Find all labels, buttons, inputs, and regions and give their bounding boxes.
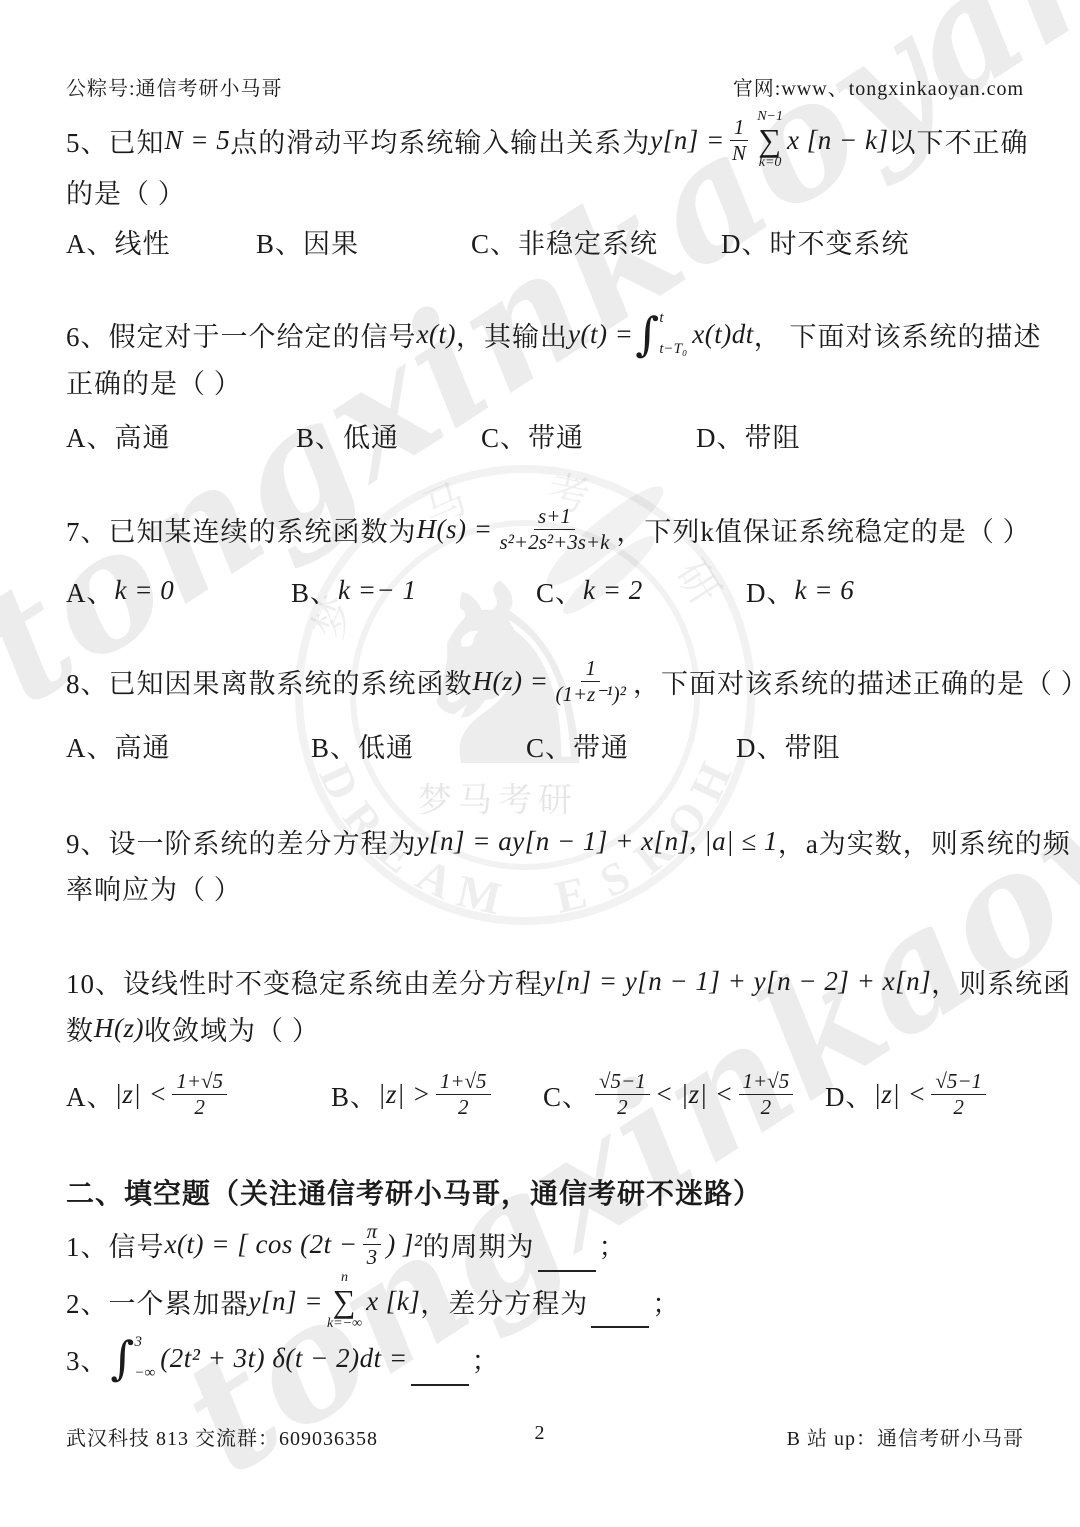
q7-math: H(s) = xyxy=(417,514,493,545)
option-label: A、 xyxy=(66,1075,115,1114)
f2-text: 2、一个累加器 xyxy=(66,1282,249,1321)
section-2-title: 二、填空题（关注通信考研小马哥，通信考研不迷路） xyxy=(66,1172,1024,1212)
option-label: B、 xyxy=(331,1075,378,1114)
option-label: D、 xyxy=(825,1075,874,1114)
option-b: B、|z| > 1+√52 xyxy=(331,1069,543,1118)
option-c: C、k = 2 xyxy=(536,571,746,610)
option-math: < |z| < xyxy=(655,1079,734,1110)
option-math: k = 0 xyxy=(115,575,175,606)
option-label: C、 xyxy=(543,1075,590,1114)
option-a: A、高通 xyxy=(66,726,311,765)
question-10-line-1: 10、设线性时不变稳定系统由差分方程y[n] = y[n − 1] + y[n … xyxy=(66,962,1024,1001)
option-c: C、带通 xyxy=(481,416,696,455)
q8-text: 8、已知因果离散系统的系统函数 xyxy=(66,662,473,701)
integral-lower-limit: −∞ xyxy=(134,1365,155,1382)
answer-blank xyxy=(411,1362,469,1386)
q5-math: N = 5 xyxy=(165,125,231,156)
fraction: 1+√52 xyxy=(172,1069,227,1118)
fraction-denominator: 2 xyxy=(615,1095,630,1119)
option-c: C、 √5−12 < |z| < 1+√52 xyxy=(543,1069,825,1118)
footer-right-row: B 站 up：通信考研小马哥 xyxy=(66,1422,1024,1451)
option-math: |z| < xyxy=(115,1079,168,1110)
header-website-label: 官网:www、tongxinkaoyan.com xyxy=(733,72,1024,101)
option-b: B、低通 xyxy=(296,416,481,455)
option-label: D、 xyxy=(746,571,795,610)
option-d: D、时不变系统 xyxy=(721,222,910,261)
fraction-denominator: 2 xyxy=(456,1095,471,1119)
f2-math: x [k] xyxy=(366,1286,420,1317)
header-account-label: 公粽号:通信考研小马哥 xyxy=(66,72,283,101)
f1-text: 的周期为 xyxy=(423,1225,535,1264)
q5-text: 点的滑动平均系统输入输出关系为 xyxy=(230,121,650,160)
fraction-numerator: π xyxy=(363,1219,382,1244)
fraction: 1+√52 xyxy=(436,1069,491,1118)
q9-text: 率响应为（ ） xyxy=(66,868,242,907)
f1-math: ) ]² xyxy=(386,1229,422,1260)
q9-math: y[n] = ay[n − 1] + x[n], |a| ≤ 1 xyxy=(417,826,778,857)
fraction-denominator: 2 xyxy=(759,1095,774,1119)
option-a: A、k = 0 xyxy=(66,571,291,610)
q6-text: ， 下面对该系统的描述 xyxy=(754,315,1042,354)
answer-blank xyxy=(538,1248,596,1272)
option-label: A、 xyxy=(66,571,115,610)
integral: ∫3−∞ xyxy=(111,1334,159,1382)
fraction: √5−12 xyxy=(595,1069,650,1118)
seal-script-text: 梦马考研 xyxy=(418,773,578,822)
fraction-denominator: s²+2s²+3s+k xyxy=(497,530,611,554)
q9-text: 9、设一阶系统的差分方程为 xyxy=(66,822,417,861)
option-math: k = 6 xyxy=(795,575,855,606)
q10-math: y[n] = y[n − 1] + y[n − 2] + x[n] xyxy=(543,966,931,997)
question-7-options: A、k = 0 B、k =− 1 C、k = 2 D、k = 6 xyxy=(66,571,1024,610)
integral-upper-limit: t xyxy=(659,310,687,327)
q5-text: 以下不正确 xyxy=(888,121,1028,160)
section-2-title-text: 二、填空题（关注通信考研小马哥，通信考研不迷路） xyxy=(66,1172,762,1212)
option-d: D、|z| < √5−12 xyxy=(825,1069,991,1118)
fraction-numerator: √5−1 xyxy=(595,1069,650,1094)
q10-text: ，则系统函 xyxy=(931,962,1071,1001)
fill-in-2: 2、一个累加器y[n] = n∑k=−∞ x [k]，差分方程为 ； xyxy=(66,1274,1024,1328)
q10-text: 10、设线性时不变稳定系统由差分方程 xyxy=(66,962,543,1001)
option-math: k = 2 xyxy=(583,575,643,606)
fraction-numerator: 1+√5 xyxy=(739,1069,794,1094)
q7-text: ，下列k值保证系统稳定的是（ ） xyxy=(616,510,1030,549)
f2-math: y[n] = xyxy=(249,1286,323,1317)
fraction-denominator: 3 xyxy=(365,1245,380,1269)
f3-text: ； xyxy=(472,1339,500,1378)
summation: n∑k=−∞ xyxy=(327,1270,362,1331)
question-9-line-1: 9、设一阶系统的差分方程为y[n] = ay[n − 1] + x[n], |a… xyxy=(66,822,1024,861)
q10-math: H(z) xyxy=(94,1013,144,1044)
sum-lower-limit: k=0 xyxy=(759,155,782,170)
q5-math: y[n] = xyxy=(650,125,724,156)
f1-text: 1、信号 xyxy=(66,1225,165,1264)
f2-text: ； xyxy=(652,1282,680,1321)
q9-text: ，a为实数，则系统的频 xyxy=(778,822,1071,861)
option-d: D、带阻 xyxy=(736,726,841,765)
fraction: 1+√52 xyxy=(739,1069,794,1118)
option-math: |z| < xyxy=(874,1079,927,1110)
option-math: |z| > xyxy=(378,1079,431,1110)
q5-math: x [n − k] xyxy=(787,125,888,156)
option-a: A、高通 xyxy=(66,416,296,455)
q10-text: 数 xyxy=(66,1009,94,1048)
f2-text: ，差分方程为 xyxy=(420,1282,588,1321)
fill-in-3: 3、 ∫3−∞ (2t² + 3t) δ(t − 2)dt = ； xyxy=(66,1330,1024,1386)
f1-text: ； xyxy=(599,1225,627,1264)
option-a: A、线性 xyxy=(66,222,256,261)
fraction: s+1s²+2s²+3s+k xyxy=(497,504,611,553)
integral-lower-limit: t−T₀ xyxy=(659,341,687,358)
sigma-symbol: ∑ xyxy=(758,125,782,155)
fraction-denominator: 2 xyxy=(192,1095,207,1119)
f3-text: 3、 xyxy=(66,1339,109,1378)
question-5-line-1: 5、已知N = 5点的滑动平均系统输入输出关系为y[n] = 1N N−1∑k=… xyxy=(66,114,1024,166)
fraction: 1(1+z⁻¹)² xyxy=(553,656,628,705)
fraction-denominator: N xyxy=(730,141,748,165)
summation: N−1∑k=0 xyxy=(757,109,783,170)
option-label: C、 xyxy=(536,571,583,610)
question-5-options: A、线性 B、因果 C、非稳定系统 D、时不变系统 xyxy=(66,222,1024,261)
option-b: B、因果 xyxy=(256,222,471,261)
f3-math: (2t² + 3t) δ(t − 2)dt = xyxy=(160,1343,407,1374)
option-d: D、带阻 xyxy=(696,416,801,455)
fraction-numerator: 1 xyxy=(581,656,600,681)
option-label: B、 xyxy=(291,571,338,610)
fraction-numerator: 1+√5 xyxy=(172,1069,227,1094)
sigma-symbol: ∑ xyxy=(333,1286,357,1316)
q6-text: 正确的是（ ） xyxy=(66,362,242,401)
question-8-options: A、高通 B、低通 C、带通 D、带阻 xyxy=(66,726,1024,765)
question-10-options: A、|z| < 1+√52 B、|z| > 1+√52 C、 √5−12 < |… xyxy=(66,1062,1024,1126)
f1-math: x(t) = [ cos (2t − xyxy=(165,1229,358,1260)
fraction: √5−12 xyxy=(931,1069,986,1118)
integral-symbol: ∫ xyxy=(111,1335,136,1381)
fraction-denominator: (1+z⁻¹)² xyxy=(553,682,628,706)
q5-text: 5、已知 xyxy=(66,121,165,160)
answer-blank xyxy=(591,1304,649,1328)
question-6-options: A、高通 B、低通 C、带通 D、带阻 xyxy=(66,416,1024,455)
question-7-line-1: 7、已知某连续的系统函数为H(s) = s+1s²+2s²+3s+k ，下列k值… xyxy=(66,498,1024,560)
option-c: C、非稳定系统 xyxy=(471,222,721,261)
q6-math: x(t)dt xyxy=(692,319,753,350)
question-8-line-1: 8、已知因果离散系统的系统函数H(z) = 1(1+z⁻¹)² ，下面对该系统的… xyxy=(66,650,1024,712)
option-d: D、k = 6 xyxy=(746,571,854,610)
fraction: π3 xyxy=(363,1219,382,1268)
option-c: C、带通 xyxy=(526,726,736,765)
q6-text: 6、假定对于一个给定的信号 xyxy=(66,315,417,354)
option-a: A、|z| < 1+√52 xyxy=(66,1069,331,1118)
fraction-numerator: √5−1 xyxy=(931,1069,986,1094)
question-9-line-2: 率响应为（ ） xyxy=(66,868,1024,907)
question-6-line-2: 正确的是（ ） xyxy=(66,362,1024,401)
q8-math: H(z) = xyxy=(473,666,549,697)
question-5-line-2: 的是（ ） xyxy=(66,172,1024,211)
q7-text: 7、已知某连续的系统函数为 xyxy=(66,510,417,549)
q6-math: y(t) = xyxy=(568,319,633,350)
integral-upper-limit: 3 xyxy=(134,1334,155,1351)
q6-text: ，其输出 xyxy=(456,315,568,354)
footer-bilibili-label: B 站 up：通信考研小马哥 xyxy=(787,1422,1024,1451)
question-6-line-1: 6、假定对于一个给定的信号x(t)，其输出y(t) = ∫tt−T₀ x(t)d… xyxy=(66,308,1024,360)
fill-in-1: 1、信号x(t) = [ cos (2t − π3 ) ]²的周期为 ； xyxy=(66,1216,1024,1272)
option-math: k =− 1 xyxy=(338,575,416,606)
fraction-denominator: 2 xyxy=(951,1095,966,1119)
fraction-numerator: s+1 xyxy=(534,504,575,529)
question-10-line-2: 数H(z)收敛域为（ ） xyxy=(66,1009,1024,1048)
integral: ∫tt−T₀ xyxy=(635,310,690,358)
q10-text: 收敛域为（ ） xyxy=(144,1009,320,1048)
q5-text: 的是（ ） xyxy=(66,172,186,211)
page-header: 公粽号:通信考研小马哥 官网:www、tongxinkaoyan.com xyxy=(66,72,1024,101)
option-b: B、低通 xyxy=(311,726,526,765)
exam-page: tongxinkaoyan.com tongxinkaoyan.com ♞ 梦 … xyxy=(0,0,1080,1527)
fraction-numerator: 1+√5 xyxy=(436,1069,491,1094)
fraction: 1N xyxy=(730,115,749,164)
option-b: B、k =− 1 xyxy=(291,571,536,610)
integral-symbol: ∫ xyxy=(635,311,660,357)
q8-text: ，下面对该系统的描述正确的是（ ） xyxy=(633,662,1080,701)
fraction-numerator: 1 xyxy=(730,115,749,140)
q6-math: x(t) xyxy=(417,319,456,350)
